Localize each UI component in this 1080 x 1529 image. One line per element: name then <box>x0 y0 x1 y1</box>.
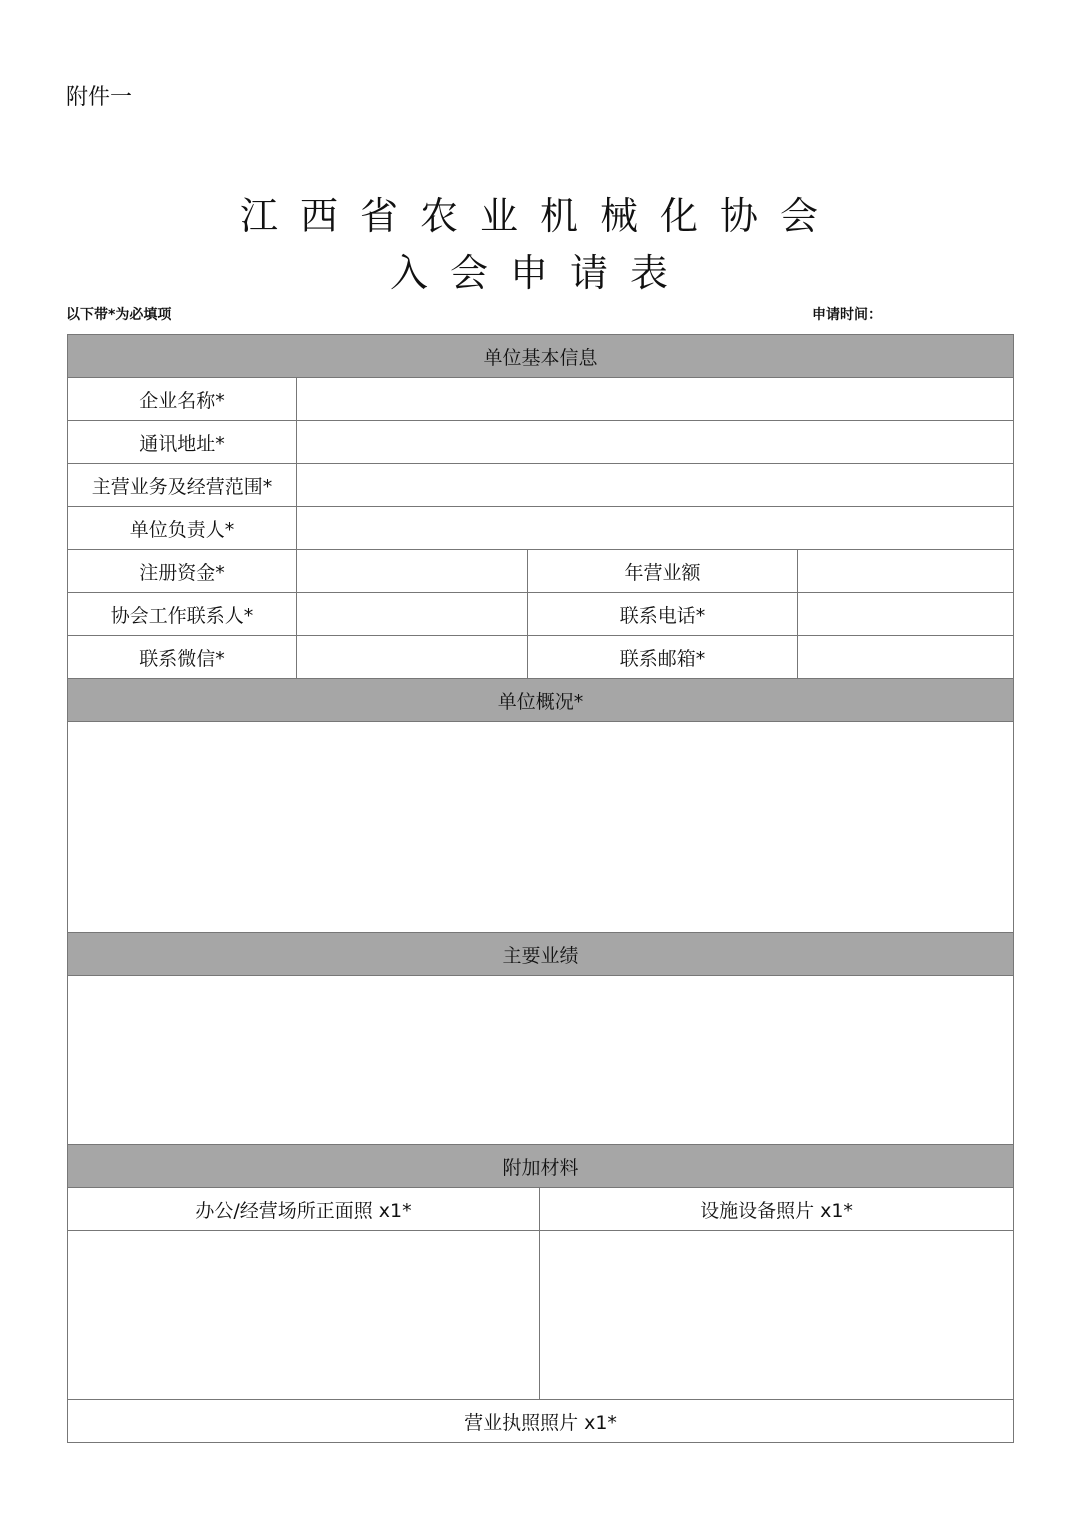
label-company-name: 企业名称* <box>68 378 297 421</box>
email-field[interactable] <box>798 636 1014 679</box>
label-email: 联系邮箱* <box>528 636 798 679</box>
label-annual-revenue: 年营业额 <box>528 550 798 593</box>
attachment-label: 附件一 <box>66 80 132 111</box>
application-form: 单位基本信息 企业名称* 通讯地址* 主营业务及经营范围* 单位负责人* 注册资… <box>67 334 1014 1443</box>
achievements-textarea[interactable] <box>68 976 1014 1145</box>
label-office-photo: 办公/经营场所正面照 x1* <box>68 1188 540 1231</box>
label-license-photo: 营业执照照片 x1* <box>68 1400 1014 1443</box>
address-field[interactable] <box>297 421 1014 464</box>
annual-revenue-field[interactable] <box>798 550 1014 593</box>
label-equipment-photo: 设施设备照片 x1* <box>540 1188 1014 1231</box>
label-wechat: 联系微信* <box>68 636 297 679</box>
company-name-field[interactable] <box>297 378 1014 421</box>
office-photo-area[interactable] <box>68 1231 540 1400</box>
section-header-achievements: 主要业绩 <box>68 933 1014 976</box>
section-header-attachments: 附加材料 <box>68 1145 1014 1188</box>
label-registered-capital: 注册资金* <box>68 550 297 593</box>
wechat-field[interactable] <box>297 636 528 679</box>
business-scope-field[interactable] <box>297 464 1014 507</box>
phone-field[interactable] <box>798 593 1014 636</box>
label-association-contact: 协会工作联系人* <box>68 593 297 636</box>
document-subtitle: 入会申请表 <box>0 242 1080 297</box>
application-time-label: 申请时间： <box>812 304 882 324</box>
label-phone: 联系电话* <box>528 593 798 636</box>
document-title: 江西省农业机械化协会 <box>0 185 1080 240</box>
person-in-charge-field[interactable] <box>297 507 1014 550</box>
section-header-overview: 单位概况* <box>68 679 1014 722</box>
association-contact-field[interactable] <box>297 593 528 636</box>
section-header-basic-info: 单位基本信息 <box>68 335 1014 378</box>
equipment-photo-area[interactable] <box>540 1231 1014 1400</box>
required-hint: 以下带*为必填项 <box>66 304 171 324</box>
label-person-in-charge: 单位负责人* <box>68 507 297 550</box>
label-business-scope: 主营业务及经营范围* <box>68 464 297 507</box>
overview-textarea[interactable] <box>68 722 1014 933</box>
label-address: 通讯地址* <box>68 421 297 464</box>
registered-capital-field[interactable] <box>297 550 528 593</box>
